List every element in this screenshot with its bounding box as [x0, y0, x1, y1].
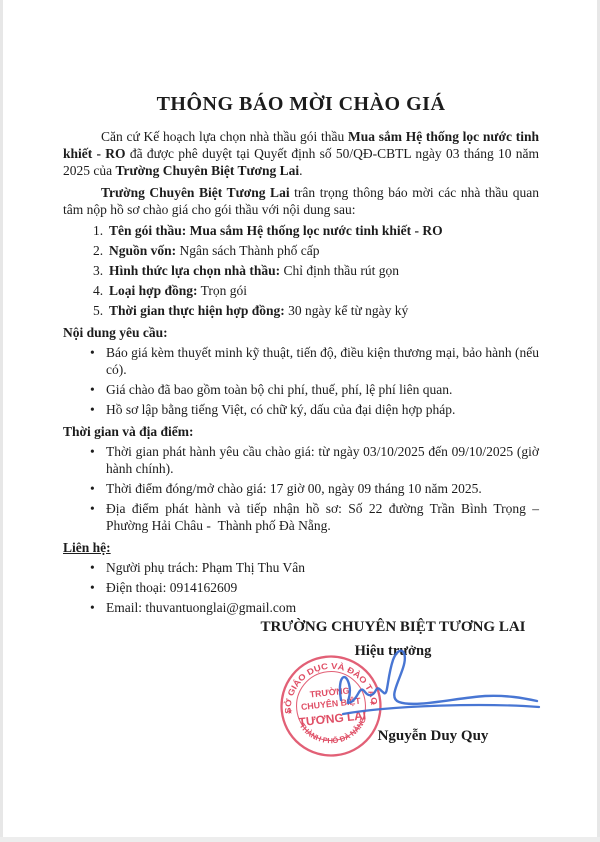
bullet-item: Người phụ trách: Phạm Thị Thu Vân	[90, 559, 539, 576]
bullet-text: Thời gian phát hành yêu cầu chào giá: từ…	[106, 443, 539, 477]
bullet-dot	[90, 344, 106, 378]
item-number: 3.	[93, 262, 109, 279]
item-value: Ngân sách Thành phố cấp	[176, 243, 319, 258]
bullet-text: Báo giá kèm thuyết minh kỹ thuật, tiến đ…	[106, 344, 539, 378]
item-value: Chỉ định thầu rút gọn	[280, 263, 399, 278]
bullet-dot	[90, 599, 106, 616]
item-text: Loại hợp đồng: Trọn gói	[109, 282, 539, 299]
item-text: Hình thức lựa chọn nhà thầu: Chỉ định th…	[109, 262, 539, 279]
bullet-text: Địa điểm phát hành và tiếp nhận hồ sơ: S…	[106, 500, 539, 534]
bullet-text: Giá chào đã bao gồm toàn bộ chi phí, thu…	[106, 381, 539, 398]
stamp-star-left-icon: ★	[286, 708, 293, 717]
bullet-dot	[90, 443, 106, 477]
item-label: Nguồn vốn:	[109, 243, 176, 258]
bullet-item: Báo giá kèm thuyết minh kỹ thuật, tiến đ…	[90, 344, 539, 378]
bullet-item: Giá chào đã bao gồm toàn bộ chi phí, thu…	[90, 381, 539, 398]
bullet-text: Thời điểm đóng/mở chào giá: 17 giờ 00, n…	[106, 480, 539, 497]
bullet-dot	[90, 381, 106, 398]
item-value: 30 ngày kể từ ngày ký	[285, 303, 409, 318]
item-text: Tên gói thầu: Mua sắm Hệ thống lọc nước …	[109, 222, 539, 239]
invitation-paragraph: Trường Chuyên Biệt Tương Lai trân trọng …	[63, 184, 539, 218]
signature-block: TRƯỜNG CHUYÊN BIỆT TƯƠNG LAI Hiệu trưởng…	[63, 616, 539, 834]
list-item: 2. Nguồn vốn: Ngân sách Thành phố cấp	[93, 242, 539, 259]
bullet-item: Địa điểm phát hành và tiếp nhận hồ sơ: S…	[90, 500, 539, 534]
item-text: Thời gian thực hiện hợp đồng: 30 ngày kể…	[109, 302, 539, 319]
intro-text: Căn cứ Kế hoạch lựa chọn nhà thầu gói th…	[101, 129, 348, 144]
list-item: 1. Tên gói thầu: Mua sắm Hệ thống lọc nư…	[93, 222, 539, 239]
intro-paragraph: Căn cứ Kế hoạch lựa chọn nhà thầu gói th…	[63, 128, 539, 179]
school-name-bold: Trường Chuyên Biệt Tương Lai	[101, 185, 290, 200]
item-number: 5.	[93, 302, 109, 319]
page-title: THÔNG BÁO MỜI CHÀO GIÁ	[63, 91, 539, 117]
item-number: 1.	[93, 222, 109, 239]
bullet-item: Thời điểm đóng/mở chào giá: 17 giờ 00, n…	[90, 480, 539, 497]
bullet-item: Điện thoại: 0914162609	[90, 579, 539, 596]
school-name-bold: Trường Chuyên Biệt Tương Lai	[115, 163, 299, 178]
bullet-dot	[90, 579, 106, 596]
handwritten-signature	[333, 646, 548, 728]
item-label: Loại hợp đồng:	[109, 283, 198, 298]
numbered-list: 1. Tên gói thầu: Mua sắm Hệ thống lọc nư…	[63, 222, 539, 319]
document-page: THÔNG BÁO MỜI CHÀO GIÁ Căn cứ Kế hoạch l…	[0, 0, 600, 842]
item-number: 4.	[93, 282, 109, 299]
bullet-dot	[90, 500, 106, 534]
bullet-text: Hồ sơ lập bằng tiếng Việt, có chữ ký, dấ…	[106, 401, 539, 418]
list-item: 4. Loại hợp đồng: Trọn gói	[93, 282, 539, 299]
bullet-item: Hồ sơ lập bằng tiếng Việt, có chữ ký, dấ…	[90, 401, 539, 418]
signer-name: Nguyễn Duy Quy	[303, 728, 563, 745]
contact-person: Người phụ trách: Phạm Thị Thu Vân	[106, 559, 539, 576]
item-label: Hình thức lựa chọn nhà thầu:	[109, 263, 280, 278]
item-value: Trọn gói	[198, 283, 248, 298]
section-heading-requirements: Nội dung yêu cầu:	[63, 324, 539, 341]
item-label: Thời gian thực hiện hợp đồng:	[109, 303, 285, 318]
page-edge-bottom	[0, 837, 600, 842]
bullet-dot	[90, 559, 106, 576]
item-label: Tên gói thầu:	[109, 223, 186, 238]
organization-name: TRƯỜNG CHUYÊN BIỆT TƯƠNG LAI	[253, 618, 533, 637]
document-content: THÔNG BÁO MỜI CHÀO GIÁ Căn cứ Kế hoạch l…	[63, 0, 539, 834]
bullet-dot	[90, 401, 106, 418]
list-item: 3. Hình thức lựa chọn nhà thầu: Chỉ định…	[93, 262, 539, 279]
intro-end: .	[299, 163, 302, 178]
bullet-item: Thời gian phát hành yêu cầu chào giá: từ…	[90, 443, 539, 477]
list-item: 5. Thời gian thực hiện hợp đồng: 30 ngày…	[93, 302, 539, 319]
bullet-dot	[90, 480, 106, 497]
item-text: Nguồn vốn: Ngân sách Thành phố cấp	[109, 242, 539, 259]
item-number: 2.	[93, 242, 109, 259]
bullet-item: Email: thuvantuonglai@gmail.com	[90, 599, 539, 616]
section-heading-contact: Liên hệ:	[63, 539, 539, 556]
contact-email: Email: thuvantuonglai@gmail.com	[106, 599, 539, 616]
item-value: Mua sắm Hệ thống lọc nước tinh khiết - R…	[186, 223, 442, 238]
contact-phone: Điện thoại: 0914162609	[106, 579, 539, 596]
page-edge-left	[0, 0, 3, 842]
section-heading-time-place: Thời gian và địa điểm:	[63, 423, 539, 440]
